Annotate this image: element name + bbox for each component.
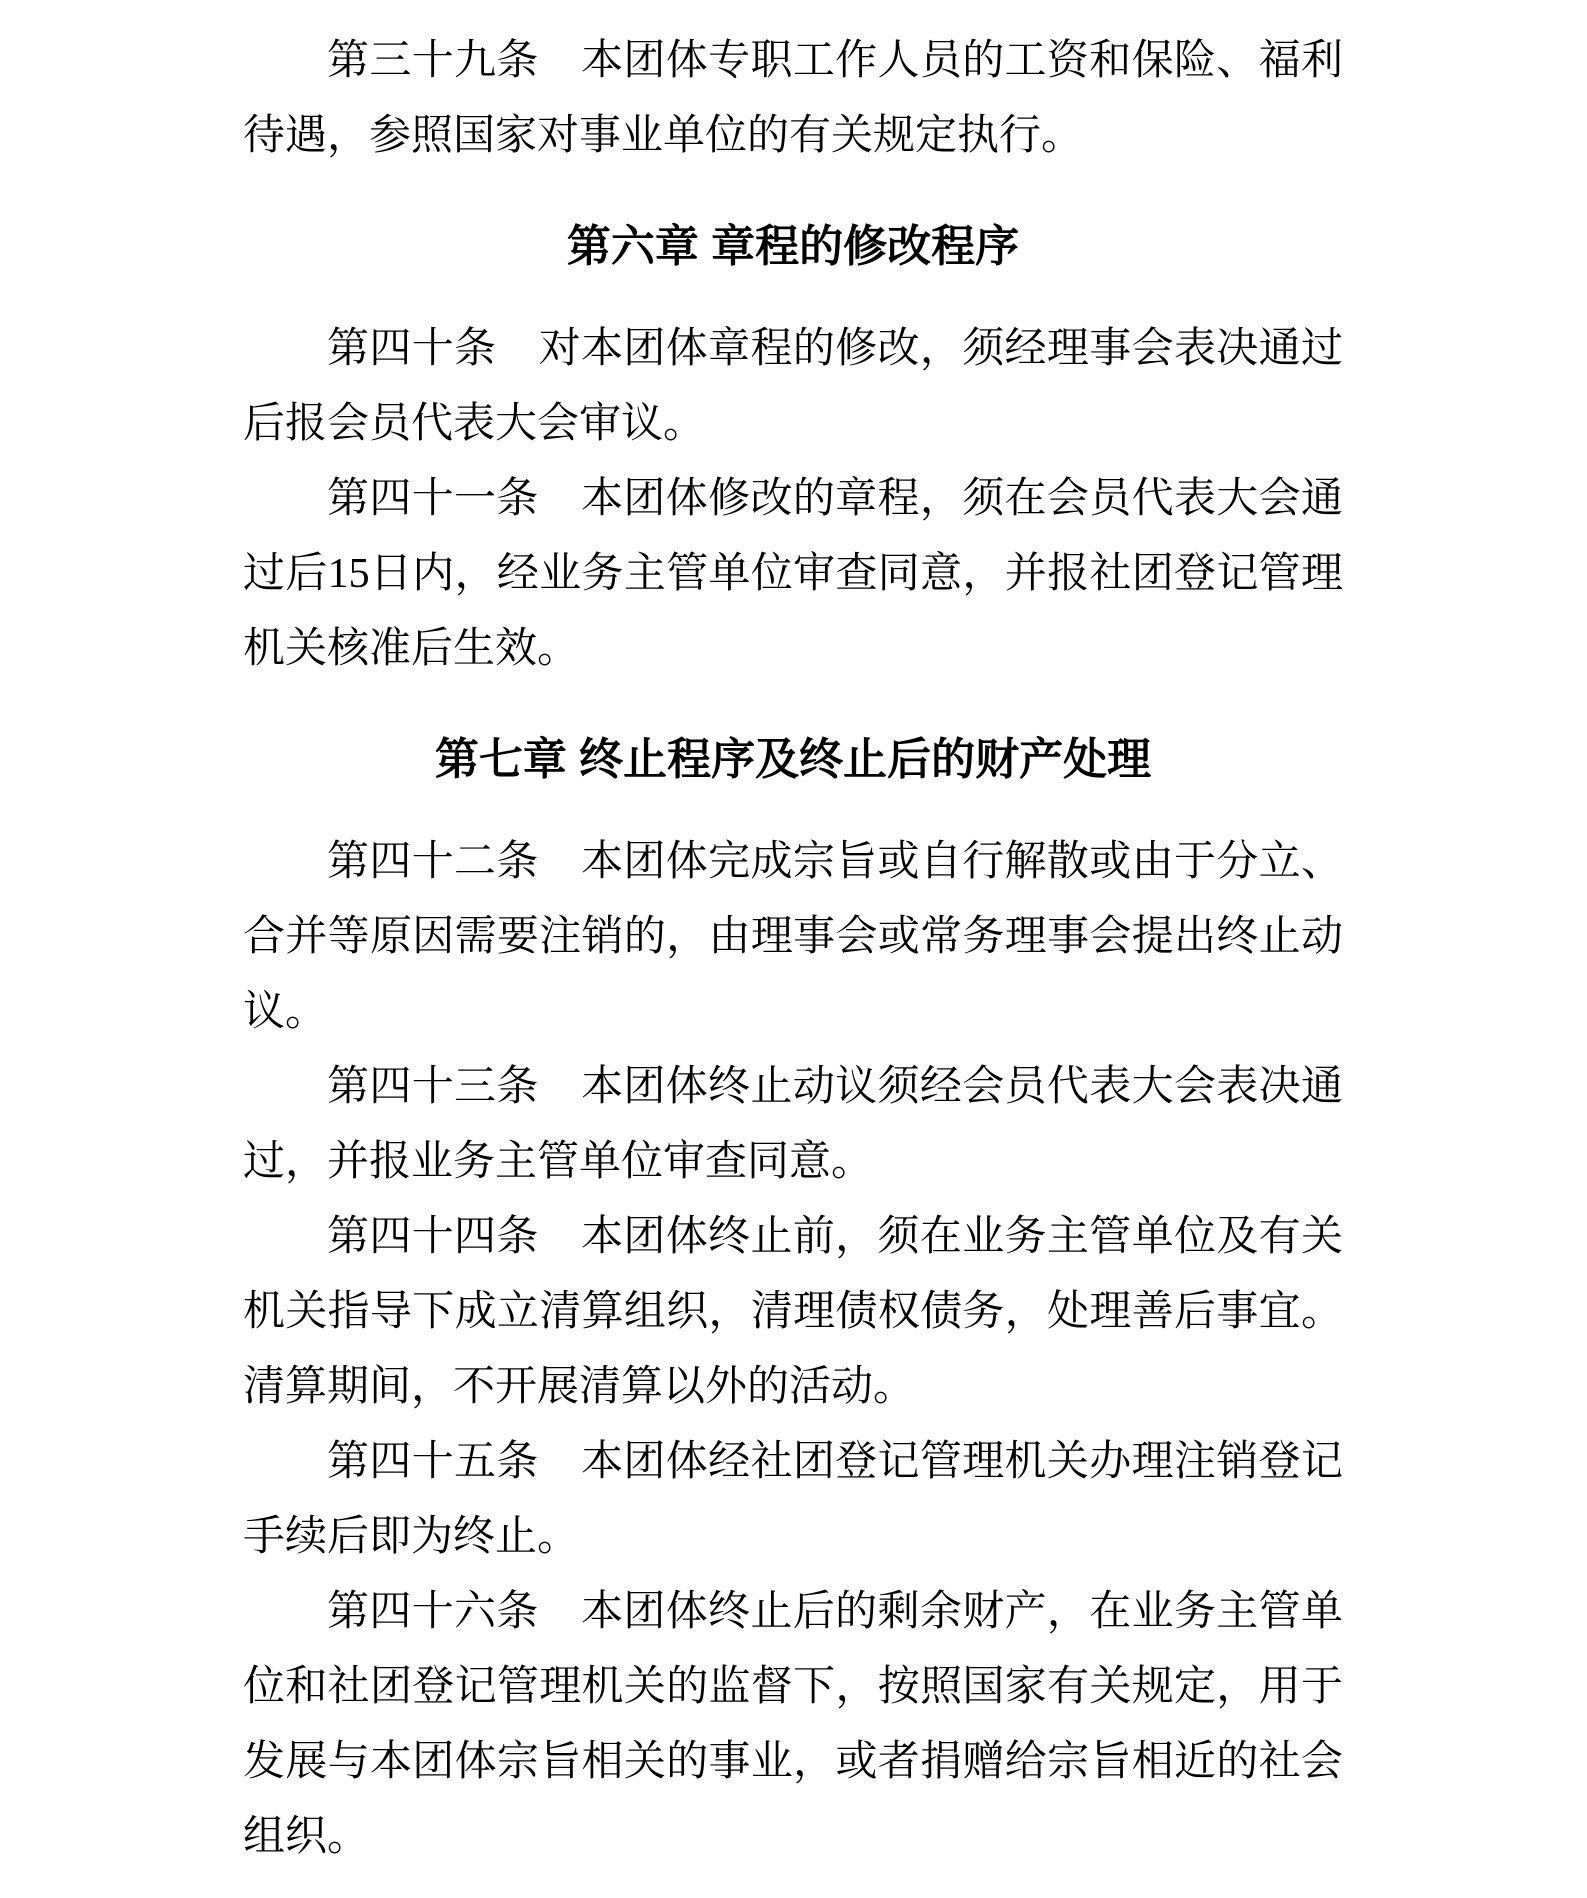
chapter-heading: 第七章 终止程序及终止后的财产处理 (243, 722, 1343, 797)
article-paragraph: 第四十条 对本团体章程的修改，须经理事会表决通过后报会员代表大会审议。 (243, 312, 1343, 462)
article-paragraph: 第四十四条 本团体终止前，须在业务主管单位及有关机关指导下成立清算组织，清理债权… (243, 1200, 1343, 1425)
article-paragraph: 第四十六条 本团体终止后的剩余财产，在业务主管单位和社团登记管理机关的监督下，按… (243, 1575, 1343, 1875)
article-paragraph: 第三十九条 本团体专职工作人员的工资和保险、福利待遇，参照国家对事业单位的有关规… (243, 24, 1343, 174)
article-paragraph: 第四十一条 本团体修改的章程，须在会员代表大会通过后15日内，经业务主管单位审查… (243, 462, 1343, 687)
article-paragraph: 第四十五条 本团体经社团登记管理机关办理注销登记手续后即为终止。 (243, 1425, 1343, 1575)
article-paragraph: 第四十二条 本团体完成宗旨或自行解散或由于分立、合并等原因需要注销的，由理事会或… (243, 825, 1343, 1050)
document-body: 第三十九条 本团体专职工作人员的工资和保险、福利待遇，参照国家对事业单位的有关规… (243, 24, 1343, 1875)
document-page: 第三十九条 本团体专职工作人员的工资和保险、福利待遇，参照国家对事业单位的有关规… (0, 0, 1587, 1898)
chapter-heading: 第六章 章程的修改程序 (243, 209, 1343, 284)
article-paragraph: 第四十三条 本团体终止动议须经会员代表大会表决通过，并报业务主管单位审查同意。 (243, 1050, 1343, 1200)
